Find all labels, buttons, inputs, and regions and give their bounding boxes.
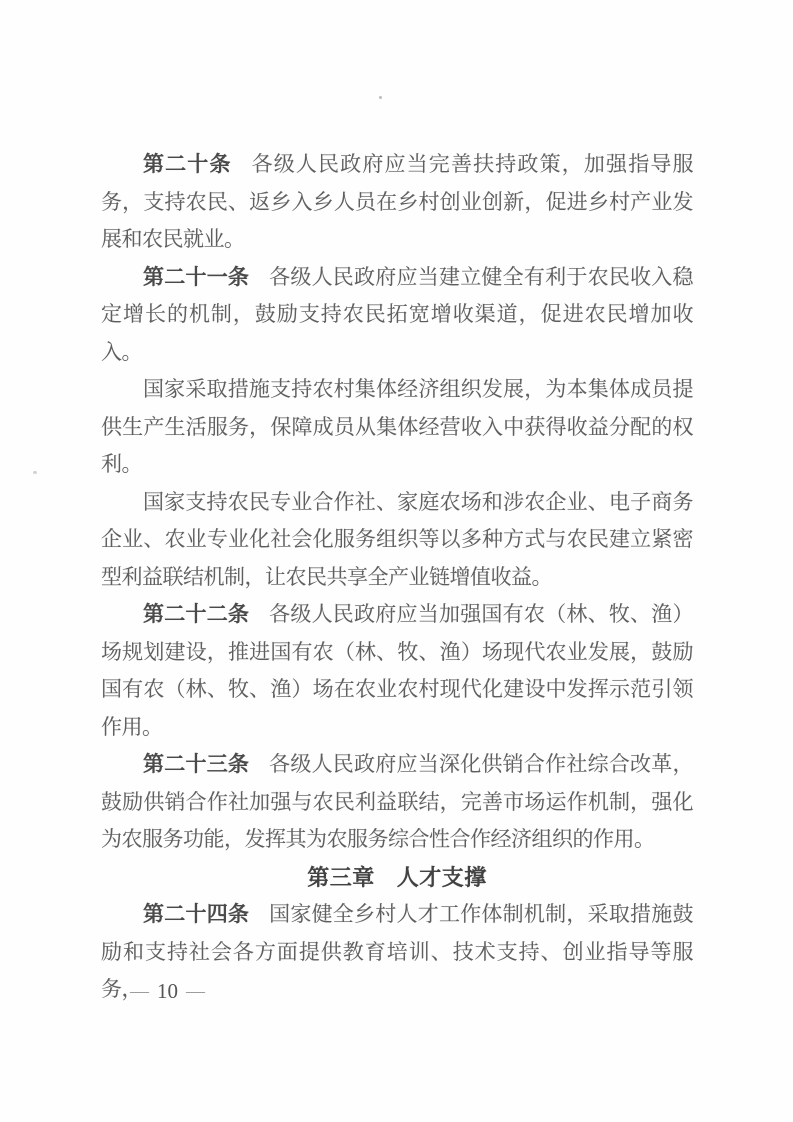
article-number: 第二十三条 xyxy=(143,752,249,776)
article-paragraph: 第二十条各级人民政府应当完善扶持政策，加强指导服务，支持农民、返乡入乡人员在乡村… xyxy=(101,146,693,259)
scanned-document-page: 第二十条各级人民政府应当完善扶持政策，加强指导服务，支持农民、返乡入乡人员在乡村… xyxy=(0,0,793,1122)
scan-speck-artifact xyxy=(379,96,382,99)
document-text-block: 第二十条各级人民政府应当完善扶持政策，加强指导服务，支持农民、返乡入乡人员在乡村… xyxy=(101,146,693,1009)
article-paragraph: 第二十一条各级人民政府应当建立健全有利于农民收入稳定增长的机制，鼓励支持农民拓宽… xyxy=(101,259,693,372)
page-number-right-dash: — xyxy=(178,981,213,1003)
article-text: 国家支持农民专业合作社、家庭农场和涉农企业、电子商务企业、农业专业化社会化服务组… xyxy=(101,490,693,589)
page-number-left-dash: — xyxy=(122,981,157,1003)
article-paragraph: 第二十三条各级人民政府应当深化供销合作社综合改革，鼓励供销合作社加强与农民利益联… xyxy=(101,746,693,859)
page-number: — 10 — xyxy=(122,979,213,1004)
article-text: 国家采取措施支持农村集体经济组织发展，为本集体成员提供生产生活服务，保障成员从集… xyxy=(101,377,693,476)
article-paragraph: 国家支持农民专业合作社、家庭农场和涉农企业、电子商务企业、农业专业化社会化服务组… xyxy=(101,484,693,597)
article-number: 第二十二条 xyxy=(143,602,249,626)
article-paragraph: 国家采取措施支持农村集体经济组织发展，为本集体成员提供生产生活服务，保障成员从集… xyxy=(101,371,693,484)
chapter-number: 第三章 xyxy=(307,865,375,890)
chapter-title: 人才支撑 xyxy=(397,865,487,890)
article-paragraph: 第二十二条各级人民政府应当加强国有农（林、牧、渔）场规划建设，推进国有农（林、牧… xyxy=(101,596,693,746)
scan-speck-artifact xyxy=(33,471,37,474)
page-number-value: 10 xyxy=(157,979,178,1004)
article-number: 第二十条 xyxy=(143,152,232,176)
chapter-heading: 第三章人才支撑 xyxy=(101,859,693,897)
article-number: 第二十四条 xyxy=(143,902,249,926)
article-number: 第二十一条 xyxy=(143,265,249,289)
